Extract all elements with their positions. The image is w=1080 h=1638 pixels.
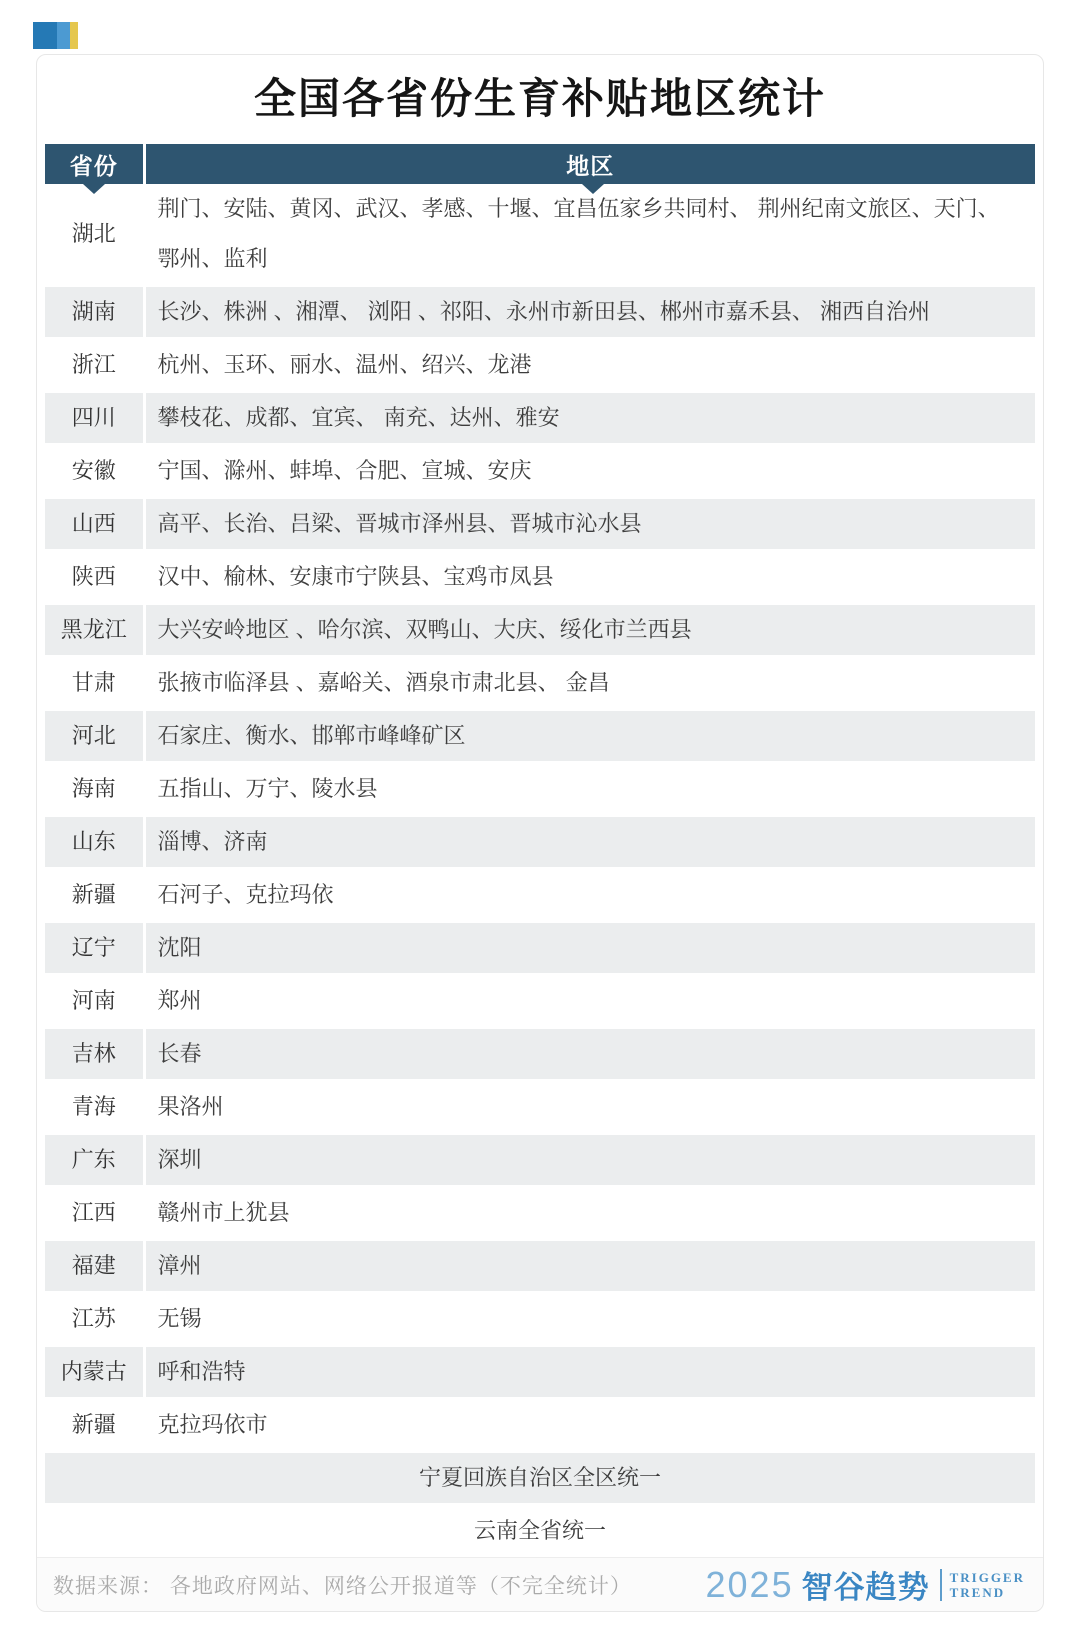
header-pointer-province-icon — [83, 184, 105, 194]
regions-cell: 克拉玛依市 — [144, 1399, 1035, 1452]
brand-tagline-line1: TRIGGER — [950, 1570, 1025, 1585]
table-row: 福建漳州 — [45, 1240, 1035, 1293]
regions-cell: 长春 — [144, 1028, 1035, 1081]
regions-cell: 呼和浩特 — [144, 1346, 1035, 1399]
regions-cell: 郑州 — [144, 975, 1035, 1028]
regions-cell: 果洛州 — [144, 1081, 1035, 1134]
province-cell: 新疆 — [45, 1399, 144, 1452]
table-row: 内蒙古呼和浩特 — [45, 1346, 1035, 1399]
table-row: 海南五指山、万宁、陵水县 — [45, 763, 1035, 816]
table-row: 河南郑州 — [45, 975, 1035, 1028]
data-source-note: 数据来源： 各地政府网站、网络公开报道等（不完全统计） — [53, 1570, 632, 1600]
province-cell: 安徽 — [45, 445, 144, 498]
content-card: 全国各省份生育补贴地区统计 省份 地区 湖北荆门、安陆、黄冈、武汉、孝感、十堰、… — [36, 54, 1044, 1612]
province-cell: 陕西 — [45, 551, 144, 604]
regions-cell: 杭州、玉环、丽水、温州、绍兴、龙港 — [144, 339, 1035, 392]
table-row: 甘肃张掖市临泽县 、嘉峪关、酒泉市肃北县、 金昌 — [45, 657, 1035, 710]
regions-cell: 赣州市上犹县 — [144, 1187, 1035, 1240]
province-cell: 福建 — [45, 1240, 144, 1293]
province-cell: 河南 — [45, 975, 144, 1028]
regions-cell: 荆门、安陆、黄冈、武汉、孝感、十堰、宜昌伍家乡共同村、 荆州纪南文旅区、天门、鄂… — [144, 184, 1035, 286]
province-cell: 黑龙江 — [45, 604, 144, 657]
table-row-full-width: 云南全省统一 — [45, 1505, 1035, 1558]
province-cell: 辽宁 — [45, 922, 144, 975]
table-row: 江西赣州市上犹县 — [45, 1187, 1035, 1240]
corner-flag-decoration — [33, 22, 78, 49]
province-cell: 海南 — [45, 763, 144, 816]
regions-cell: 攀枝花、成都、宜宾、 南充、达州、雅安 — [144, 392, 1035, 445]
province-cell: 广东 — [45, 1134, 144, 1187]
page-title: 全国各省份生育补贴地区统计 — [37, 75, 1043, 123]
province-cell: 吉林 — [45, 1028, 144, 1081]
table-row: 河北石家庄、衡水、邯郸市峰峰矿区 — [45, 710, 1035, 763]
table-row: 吉林长春 — [45, 1028, 1035, 1081]
brand-tagline-line2: TREND — [950, 1585, 1025, 1600]
table-row: 江苏无锡 — [45, 1293, 1035, 1346]
table-row: 湖南长沙、株洲 、湘潭、 浏阳 、祁阳、永州市新田县、郴州市嘉禾县、 湘西自治州 — [45, 286, 1035, 339]
subsidy-table-wrap: 省份 地区 湖北荆门、安陆、黄冈、武汉、孝感、十堰、宜昌伍家乡共同村、 荆州纪南… — [45, 144, 1035, 1559]
province-cell: 青海 — [45, 1081, 144, 1134]
regions-cell: 沈阳 — [144, 922, 1035, 975]
table-row: 新疆克拉玛依市 — [45, 1399, 1035, 1452]
full-width-cell: 云南全省统一 — [45, 1505, 1035, 1558]
table-header-row: 省份 地区 — [45, 144, 1035, 184]
table-row: 安徽宁国、滁州、蚌埠、合肥、宣城、安庆 — [45, 445, 1035, 498]
regions-cell: 宁国、滁州、蚌埠、合肥、宣城、安庆 — [144, 445, 1035, 498]
province-cell: 浙江 — [45, 339, 144, 392]
table-row: 陕西汉中、榆林、安康市宁陕县、宝鸡市凤县 — [45, 551, 1035, 604]
table-row: 广东深圳 — [45, 1134, 1035, 1187]
brand-tagline: TRIGGER TREND — [950, 1570, 1025, 1600]
regions-cell: 高平、长治、吕梁、晋城市泽州县、晋城市沁水县 — [144, 498, 1035, 551]
regions-cell: 深圳 — [144, 1134, 1035, 1187]
table-row-full-width: 宁夏回族自治区全区统一 — [45, 1452, 1035, 1505]
regions-cell: 大兴安岭地区 、哈尔滨、双鸭山、大庆、绥化市兰西县 — [144, 604, 1035, 657]
province-cell: 湖南 — [45, 286, 144, 339]
brand-logo: 2025 智谷趋势 TRIGGER TREND — [706, 1562, 1026, 1607]
flag-yellow-block — [70, 22, 78, 49]
table-row: 辽宁沈阳 — [45, 922, 1035, 975]
table-row: 浙江杭州、玉环、丽水、温州、绍兴、龙港 — [45, 339, 1035, 392]
table-row: 青海果洛州 — [45, 1081, 1035, 1134]
infographic-page: 全国各省份生育补贴地区统计 省份 地区 湖北荆门、安陆、黄冈、武汉、孝感、十堰、… — [0, 0, 1080, 1638]
province-cell: 江西 — [45, 1187, 144, 1240]
regions-cell: 漳州 — [144, 1240, 1035, 1293]
regions-cell: 无锡 — [144, 1293, 1035, 1346]
table-row: 四川攀枝花、成都、宜宾、 南充、达州、雅安 — [45, 392, 1035, 445]
header-pointer-region-icon — [582, 184, 604, 194]
regions-cell: 五指山、万宁、陵水县 — [144, 763, 1035, 816]
province-cell: 新疆 — [45, 869, 144, 922]
brand-name: 智谷趋势 — [802, 1562, 930, 1607]
column-header-province: 省份 — [45, 144, 144, 184]
table-row: 湖北荆门、安陆、黄冈、武汉、孝感、十堰、宜昌伍家乡共同村、 荆州纪南文旅区、天门… — [45, 184, 1035, 286]
full-width-cell: 宁夏回族自治区全区统一 — [45, 1452, 1035, 1505]
province-cell: 山东 — [45, 816, 144, 869]
table-body: 湖北荆门、安陆、黄冈、武汉、孝感、十堰、宜昌伍家乡共同村、 荆州纪南文旅区、天门… — [45, 184, 1035, 1558]
flag-light-blue-block — [57, 22, 70, 49]
province-cell: 甘肃 — [45, 657, 144, 710]
flag-dark-blue-block — [33, 22, 57, 49]
province-cell: 湖北 — [45, 184, 144, 286]
footer: 数据来源： 各地政府网站、网络公开报道等（不完全统计） 2025 智谷趋势 TR… — [37, 1557, 1043, 1611]
province-cell: 四川 — [45, 392, 144, 445]
regions-cell: 石家庄、衡水、邯郸市峰峰矿区 — [144, 710, 1035, 763]
regions-cell: 张掖市临泽县 、嘉峪关、酒泉市肃北县、 金昌 — [144, 657, 1035, 710]
brand-separator — [940, 1569, 942, 1601]
regions-cell: 汉中、榆林、安康市宁陕县、宝鸡市凤县 — [144, 551, 1035, 604]
regions-cell: 淄博、济南 — [144, 816, 1035, 869]
province-cell: 江苏 — [45, 1293, 144, 1346]
table-row: 黑龙江大兴安岭地区 、哈尔滨、双鸭山、大庆、绥化市兰西县 — [45, 604, 1035, 657]
table-row: 新疆石河子、克拉玛依 — [45, 869, 1035, 922]
table-row: 山东淄博、济南 — [45, 816, 1035, 869]
column-header-region: 地区 — [144, 144, 1035, 184]
regions-cell: 长沙、株洲 、湘潭、 浏阳 、祁阳、永州市新田县、郴州市嘉禾县、 湘西自治州 — [144, 286, 1035, 339]
province-cell: 河北 — [45, 710, 144, 763]
subsidy-table: 省份 地区 湖北荆门、安陆、黄冈、武汉、孝感、十堰、宜昌伍家乡共同村、 荆州纪南… — [45, 144, 1035, 1559]
province-cell: 山西 — [45, 498, 144, 551]
table-row: 山西高平、长治、吕梁、晋城市泽州县、晋城市沁水县 — [45, 498, 1035, 551]
regions-cell: 石河子、克拉玛依 — [144, 869, 1035, 922]
brand-year: 2025 — [706, 1564, 794, 1606]
province-cell: 内蒙古 — [45, 1346, 144, 1399]
